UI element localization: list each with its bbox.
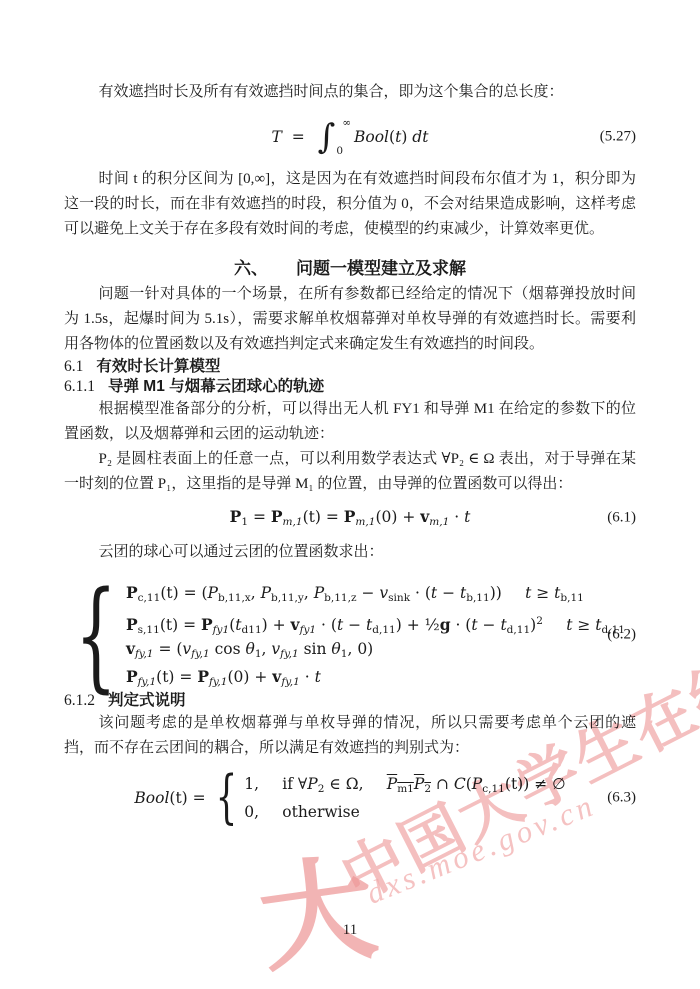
case-condition: 1,if ∀P2 ∈ Ω,: [244, 775, 387, 793]
equation-6-1: P1 = Pm,1(t) = Pm,1(0) + vm,1 · t (6.1): [64, 507, 636, 528]
heading-title: 判定式说明: [108, 692, 186, 709]
section-number: 六、: [234, 259, 268, 278]
equation-line: 1,if ∀P2 ∈ Ω,Pm1P2 ∩ C(Pc,11(t)) ≠ ∅: [244, 770, 565, 798]
equation-line: Pc,11(t) = (Pb,11,x, Pb,11,y, Pb,11,z − …: [126, 579, 584, 607]
integral-upper-limit: ∞: [342, 117, 351, 129]
integral-sign: ∫: [318, 120, 336, 154]
watermark-logo-icon: 大: [251, 843, 383, 989]
equation-line: 0,otherwise: [244, 798, 360, 826]
paragraph-problem1-intro: 问题一针对具体的一个场景，在所有参数都已经给定的情况下（烟幕弹投放时间为 1.5…: [64, 282, 636, 357]
section-title: 问题一模型建立及求解: [296, 259, 466, 278]
heading-6-1-1: 6.1.1导弹 M1 与烟幕云团球心的轨迹: [64, 377, 636, 397]
document-page: 有效遮挡时长及所有有效遮挡时间点的集合，即为这个集合的总长度： T = ∫ ∞ …: [0, 0, 700, 989]
paragraph-cloud-center: 云团的球心可以通过云团的位置函数求出：: [64, 540, 636, 565]
paragraph-model-prep: 根据模型准备部分的分析，可以得出无人机 FY1 和导弹 M1 在给定的参数下的位…: [64, 397, 636, 447]
equation-5-27: T = ∫ ∞ 0 Bool(t) dt (5.27): [64, 117, 636, 157]
equation-lhs: Bool(t) =: [134, 789, 210, 807]
paragraph-p2-surface: P₂ 是圆柱表面上的任意一点，可以利用数学表达式 ∀P₂ ∈ Ω 表出，对于导弹…: [64, 447, 636, 497]
equation-lhs: T =: [272, 128, 315, 146]
equation-number: (5.27): [600, 129, 636, 146]
integral-limits: ∞ 0: [337, 117, 346, 157]
equation-number: (6.1): [607, 509, 636, 526]
case-condition-rest: ∩ C(Pc,11(t)) ≠ ∅: [431, 775, 566, 793]
left-brace: {: [75, 566, 117, 705]
equation-body: P1 = Pm,1(t) = Pm,1(0) + vm,1 · t: [230, 507, 471, 528]
paragraph-collection-intro: 有效遮挡时长及所有有效遮挡时间点的集合，即为这个集合的总长度：: [64, 80, 636, 105]
heading-6-1-2: 6.1.2判定式说明: [64, 691, 636, 711]
equation-cases: 1,if ∀P2 ∈ Ω,Pm1P2 ∩ C(Pc,11(t)) ≠ ∅ 0,o…: [244, 770, 565, 826]
paragraph-integral-explanation: 时间 t 的积分区间为 [0,∞]，这是因为在有效遮挡时间段布尔值才为 1，积分…: [64, 167, 636, 242]
equation-line: vfy,1 = (vfy,1 cos θ1, vfy,1 sin θ1, 0): [126, 635, 373, 663]
equation-line: Ps,11(t) = Pfy1(td11) + vfy1 · (t − td,1…: [126, 607, 625, 635]
equation-number: (6.2): [607, 627, 636, 644]
left-brace: {: [216, 764, 238, 832]
heading-number: 6.1.1: [64, 378, 95, 395]
equation-6-2: { Pc,11(t) = (Pb,11,x, Pb,11,y, Pb,11,z …: [64, 579, 636, 691]
page-content: 有效遮挡时长及所有有效遮挡时间点的集合，即为这个集合的总长度： T = ∫ ∞ …: [0, 0, 700, 826]
heading-6-1: 6.1有效时长计算模型: [64, 357, 636, 377]
overline-segment: Pm1P2: [387, 775, 431, 793]
heading-title: 导弹 M1 与烟幕云团球心的轨迹: [108, 378, 324, 395]
equation-number: (6.3): [607, 790, 636, 807]
integral-lower-limit: 0: [336, 145, 345, 157]
equation-rhs: Bool(t) dt: [349, 128, 428, 146]
equation-line: Pfy,1(t) = Pfy,1(0) + vfy,1 · t: [126, 663, 321, 691]
equation-system: Pc,11(t) = (Pb,11,x, Pb,11,y, Pb,11,z − …: [126, 579, 625, 691]
page-number: 11: [0, 922, 700, 939]
heading-number: 6.1: [64, 358, 83, 375]
paragraph-judgment-intro: 该问题考虑的是单枚烟幕弹与单枚导弹的情况，所以只需要考虑单个云团的遮挡，而不存在…: [64, 711, 636, 761]
heading-title: 有效时长计算模型: [96, 358, 220, 375]
equation-6-3: Bool(t) = { 1,if ∀P2 ∈ Ω,Pm1P2 ∩ C(Pc,11…: [64, 770, 636, 826]
section-heading-6: 六、问题一模型建立及求解: [64, 256, 636, 282]
integral-expression: ∫ ∞ 0: [318, 117, 346, 157]
